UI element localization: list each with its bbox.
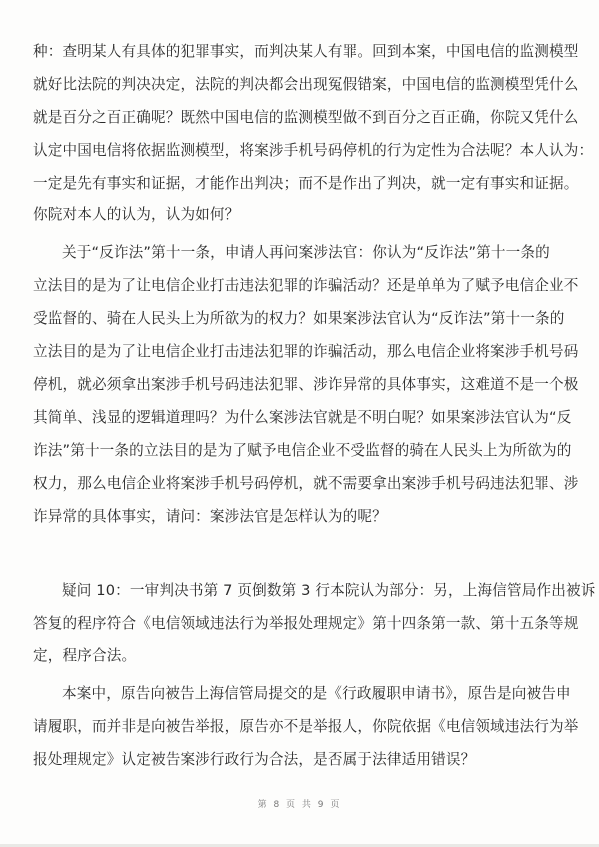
page-number-footer: 第 8 页 共 9 页	[0, 797, 599, 810]
text-line: 关于“反诈法”第十一条，申请人再问案涉法官：你认为“反诈法”第十一条的	[62, 243, 568, 263]
text-line: 权力，那么电信企业将案涉手机号码停机，就不需要拿出案涉手机号码违法犯罪、涉	[33, 474, 568, 494]
text-line: 你院对本人的认为，认为如何？	[33, 205, 568, 225]
text-line: 报处理规定》认定被告案涉行政行为合法，是否属于法律适用错误？	[33, 750, 568, 770]
text-line: 本案中，原告向被告上海信管局提交的是《行政履职申请书》，原告是向被告申	[62, 684, 568, 704]
text-line: 疑问 10：一审判决书第 7 页倒数第 3 行本院认为部分：另，上海信管局作出被…	[62, 581, 568, 601]
text-line: 诈异常的具体事实，请问：案涉法官是怎样认为的呢？	[33, 507, 568, 527]
text-line: 就好比法院的判决决定，法院的判决都会出现冤假错案，中国电信的监测模型凭什么	[33, 75, 568, 95]
text-line: 就是百分之百正确呢？既然中国电信的监测模型做不到百分之百正确，你院又凭什么	[33, 108, 568, 128]
text-line: 立法目的是为了让电信企业打击违法犯罪的诈骗活动，那么电信企业将案涉手机号码	[33, 342, 568, 362]
text-line: 其简单、浅显的逻辑道理吗？为什么案涉法官就是不明白呢？如果案涉法官认为“反	[33, 408, 568, 428]
text-line: 请履职，而并非是向被告举报，原告亦不是举报人，你院依据《电信领域违法行为举	[33, 717, 568, 737]
text-line: 立法目的是为了让电信企业打击违法犯罪的诈骗活动？还是单单为了赋予电信企业不	[33, 276, 568, 296]
text-line: 定，程序合法。	[33, 646, 568, 666]
text-line: 认定中国电信将依据监测模型，将案涉手机号码停机的行为定性为合法呢？本人认为：	[33, 141, 568, 161]
text-line: 答复的程序符合《电信领域违法行为举报处理规定》第十四条第一款、第十五条等规	[33, 614, 568, 634]
text-line: 诈法”第十一条的立法目的是为了赋予电信企业不受监督的骑在人民头上为所欲为的	[33, 441, 568, 461]
text-line: 一定是先有事实和证据，才能作出判决；而不是作出了判决，就一定有事实和证据。	[33, 174, 568, 194]
text-line: 受监督的、骑在人民头上为所欲为的权力？如果案涉法官认为“反诈法”第十一条的	[33, 309, 568, 329]
text-line: 停机，就必须拿出案涉手机号码违法犯罪、涉诈异常的具体事实，这难道不是一个极	[33, 375, 568, 395]
text-line: 种：查明某人有具体的犯罪事实，而判决某人有罪。回到本案，中国电信的监测模型	[33, 42, 568, 62]
document-page: 种：查明某人有具体的犯罪事实，而判决某人有罪。回到本案，中国电信的监测模型就好比…	[0, 0, 599, 847]
